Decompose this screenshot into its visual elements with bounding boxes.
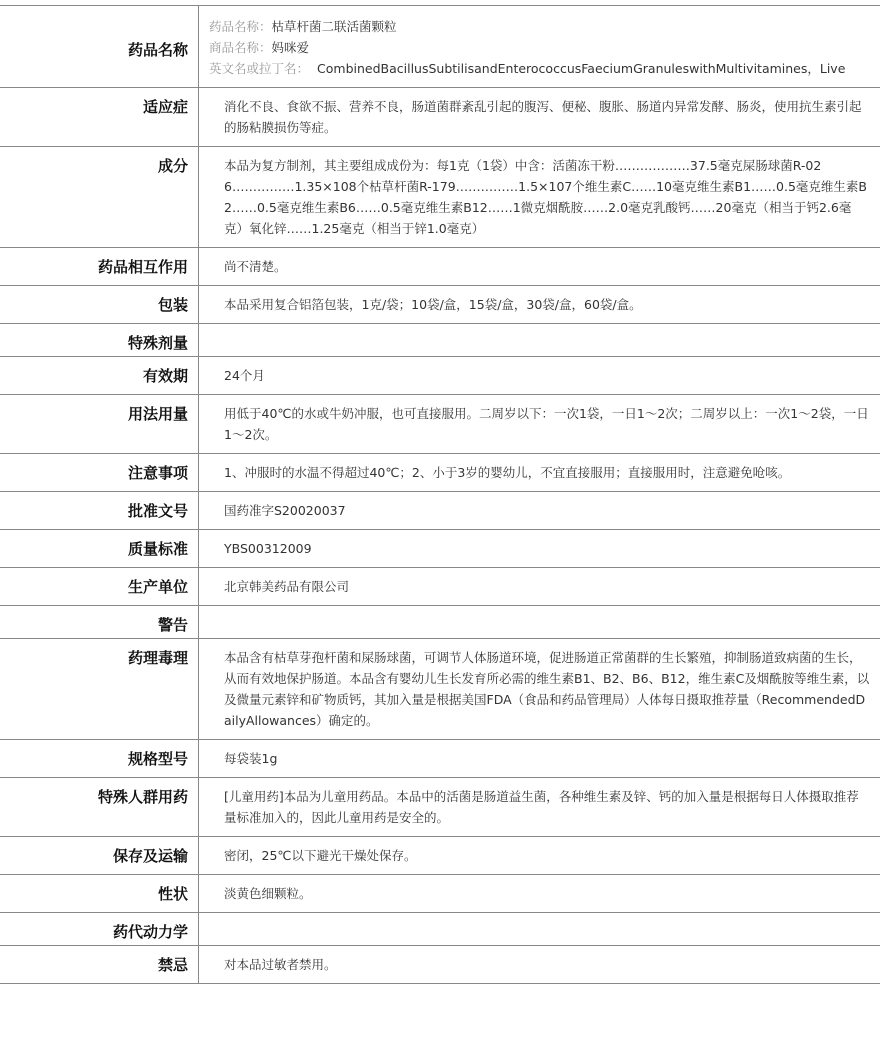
row-pharmacokinetics: 药代动力学 xyxy=(0,913,880,946)
row-appearance: 性状淡黄色细颗粒。 xyxy=(0,875,880,913)
row-value: 本品含有枯草芽孢杆菌和屎肠球菌，可调节人体肠道环境，促进肠道正常菌群的生长繁殖，… xyxy=(199,639,880,740)
row-label: 警告 xyxy=(0,606,199,639)
row-label: 药理毒理 xyxy=(0,639,199,740)
row-value: 淡黄色细颗粒。 xyxy=(199,875,880,913)
row-label: 用法用量 xyxy=(0,395,199,454)
generic-name-label: 药品名称： xyxy=(209,19,272,34)
row-label: 保存及运输 xyxy=(0,837,199,875)
row-label: 批准文号 xyxy=(0,492,199,530)
english-name-value: CombinedBacillusSubtilisandEnterococcusF… xyxy=(309,58,845,79)
row-label: 规格型号 xyxy=(0,740,199,778)
row-label: 特殊人群用药 xyxy=(0,778,199,837)
drug-spec-table: 药品名称 药品名称：枯草杆菌二联活菌颗粒 商品名称：妈咪爱 英文名或拉丁名：Co… xyxy=(0,5,880,984)
row-packaging: 包装本品采用复合铝箔包装，1克/袋；10袋/盒，15袋/盒，30袋/盒，60袋/… xyxy=(0,286,880,324)
row-value: [儿童用药]本品为儿童用药品。本品中的活菌是肠道益生菌，各种维生素及锌、钙的加入… xyxy=(199,778,880,837)
row-value xyxy=(199,606,880,639)
row-label: 注意事项 xyxy=(0,454,199,492)
row-pharmacology: 药理毒理本品含有枯草芽孢杆菌和屎肠球菌，可调节人体肠道环境，促进肠道正常菌群的生… xyxy=(0,639,880,740)
row-label: 生产单位 xyxy=(0,568,199,606)
row-label: 药代动力学 xyxy=(0,913,199,946)
generic-name-value: 枯草杆菌二联活菌颗粒 xyxy=(272,19,397,34)
row-value: 每袋装1g xyxy=(199,740,880,778)
row-label: 禁忌 xyxy=(0,946,199,984)
row-label: 性状 xyxy=(0,875,199,913)
english-name-label: 英文名或拉丁名： xyxy=(209,58,309,79)
row-precautions: 注意事项1、冲服时的水温不得超过40℃；2、小于3岁的婴幼儿，不宜直接服用；直接… xyxy=(0,454,880,492)
row-label: 有效期 xyxy=(0,357,199,395)
row-value: 24个月 xyxy=(199,357,880,395)
row-value: 尚不清楚。 xyxy=(199,248,880,286)
row-label: 药品相互作用 xyxy=(0,248,199,286)
row-ingredients: 成分本品为复方制剂，其主要组成成份为：每1克（1袋）中含：活菌冻干粉………………… xyxy=(0,147,880,248)
row-label: 成分 xyxy=(0,147,199,248)
row-label: 质量标准 xyxy=(0,530,199,568)
row-value: 北京韩美药品有限公司 xyxy=(199,568,880,606)
row-value: YBS00312009 xyxy=(199,530,880,568)
row-label: 药品名称 xyxy=(0,6,199,88)
row-indications: 适应症消化不良、食欲不振、营养不良，肠道菌群紊乱引起的腹泻、便秘、腹胀、肠道内异… xyxy=(0,88,880,147)
row-shelf-life: 有效期24个月 xyxy=(0,357,880,395)
row-quality-standard: 质量标准YBS00312009 xyxy=(0,530,880,568)
trade-name-label: 商品名称： xyxy=(209,40,272,55)
row-label: 适应症 xyxy=(0,88,199,147)
row-value: 密闭，25℃以下避光干燥处保存。 xyxy=(199,837,880,875)
row-specification: 规格型号每袋装1g xyxy=(0,740,880,778)
row-label: 特殊剂量 xyxy=(0,324,199,357)
row-special-dosage: 特殊剂量 xyxy=(0,324,880,357)
row-special-populations: 特殊人群用药[儿童用药]本品为儿童用药品。本品中的活菌是肠道益生菌，各种维生素及… xyxy=(0,778,880,837)
row-dosage: 用法用量用低于40℃的水或牛奶冲服，也可直接服用。二周岁以下：一次1袋，一日1～… xyxy=(0,395,880,454)
row-contraindications: 禁忌对本品过敏者禁用。 xyxy=(0,946,880,984)
row-drug-name: 药品名称 药品名称：枯草杆菌二联活菌颗粒 商品名称：妈咪爱 英文名或拉丁名：Co… xyxy=(0,6,880,88)
row-warning: 警告 xyxy=(0,606,880,639)
row-value: 对本品过敏者禁用。 xyxy=(199,946,880,984)
row-value: 国药准字S20020037 xyxy=(199,492,880,530)
row-value: 用低于40℃的水或牛奶冲服，也可直接服用。二周岁以下：一次1袋，一日1～2次；二… xyxy=(199,395,880,454)
row-value: 本品为复方制剂，其主要组成成份为：每1克（1袋）中含：活菌冻干粉………………37… xyxy=(199,147,880,248)
row-label: 包装 xyxy=(0,286,199,324)
row-value xyxy=(199,913,880,946)
row-value xyxy=(199,324,880,357)
row-interactions: 药品相互作用尚不清楚。 xyxy=(0,248,880,286)
trade-name-value: 妈咪爱 xyxy=(272,40,310,55)
row-approval-number: 批准文号国药准字S20020037 xyxy=(0,492,880,530)
row-manufacturer: 生产单位北京韩美药品有限公司 xyxy=(0,568,880,606)
row-value: 本品采用复合铝箔包装，1克/袋；10袋/盒，15袋/盒，30袋/盒，60袋/盒。 xyxy=(199,286,880,324)
row-value: 消化不良、食欲不振、营养不良，肠道菌群紊乱引起的腹泻、便秘、腹胀、肠道内异常发酵… xyxy=(199,88,880,147)
row-value: 1、冲服时的水温不得超过40℃；2、小于3岁的婴幼儿，不宜直接服用；直接服用时，… xyxy=(199,454,880,492)
row-storage: 保存及运输密闭，25℃以下避光干燥处保存。 xyxy=(0,837,880,875)
